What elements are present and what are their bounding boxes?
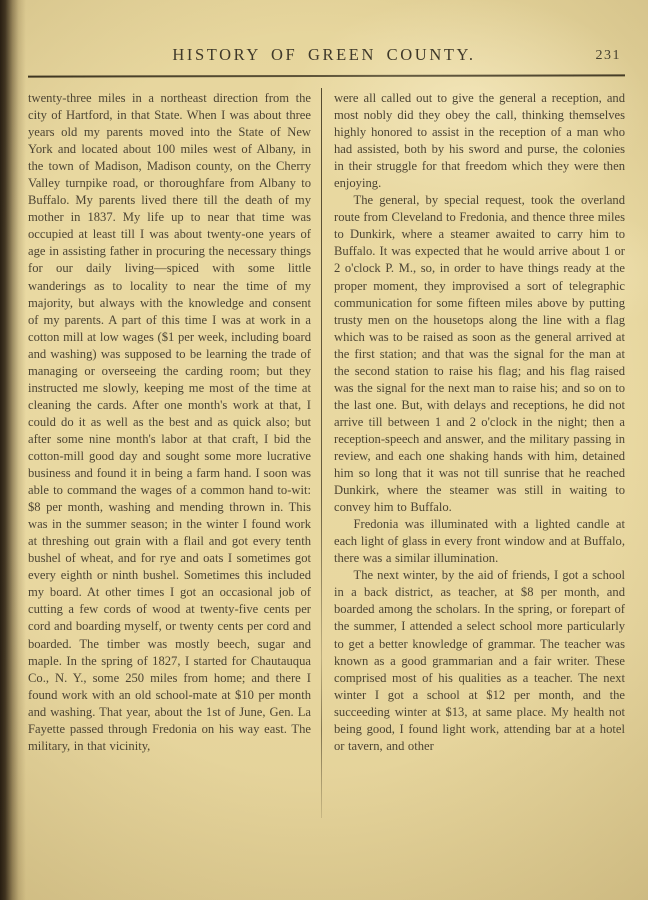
column-divider-rule [321, 88, 322, 818]
page-header-title: HISTORY OF GREEN COUNTY. [0, 45, 648, 65]
paragraph: Fredonia was illuminated with a lighted … [334, 516, 625, 567]
book-binding-shadow [0, 0, 26, 900]
page-number: 231 [596, 48, 622, 64]
left-text-column: twenty-three miles in a northeast direct… [28, 90, 311, 866]
right-text-column: were all called out to give the general … [334, 90, 625, 866]
paragraph: The general, by special request, took th… [334, 192, 625, 516]
paragraph: twenty-three miles in a northeast direct… [28, 90, 311, 755]
paragraph: The next winter, by the aid of friends, … [334, 567, 625, 755]
book-page-scan: { "header": { "title": "HISTORY OF GREEN… [0, 0, 648, 900]
header-rule [28, 74, 625, 77]
paragraph: were all called out to give the general … [334, 90, 625, 192]
